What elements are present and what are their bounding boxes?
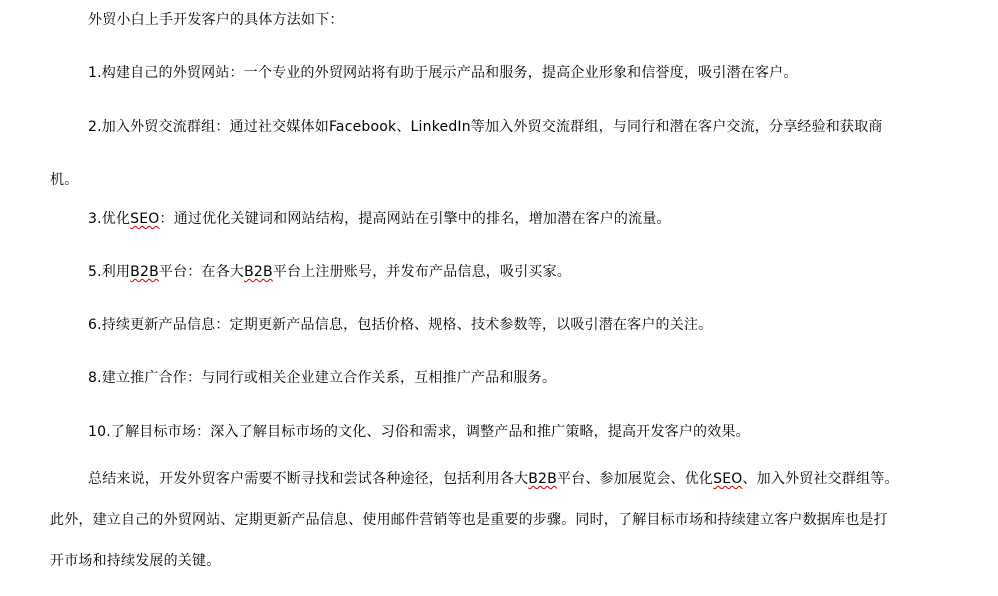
summary-paragraph: 总结来说，开发外贸客户需要不断寻找和尝试各种途径，包括利用各大B2B平台、参加展… (50, 459, 900, 582)
spellcheck-flagged-word[interactable]: B2B (244, 264, 273, 280)
list-item: 3.优化SEO：通过优化关键词和网站结构，提高网站在引擎中的排名，增加潜在客户的… (50, 193, 900, 246)
list-item: 2.加入外贸交流群组：通过社交媒体如Facebook、LinkedIn等加入外贸… (50, 101, 900, 207)
list-item: 10.了解目标市场：深入了解目标市场的文化、习俗和需求，调整产品和推广策略，提高… (50, 406, 900, 459)
spellcheck-flagged-word[interactable]: SEO (130, 211, 159, 227)
list-item: 1.构建自己的外贸网站：一个专业的外贸网站将有助于展示产品和服务，提高企业形象和… (50, 47, 900, 100)
list-item: 5.利用B2B平台：在各大B2B平台上注册账号，并发布产品信息，吸引买家。 (50, 246, 900, 299)
spellcheck-flagged-word[interactable]: SEO (713, 471, 742, 487)
item-text: ：通过优化关键词和网站结构，提高网站在引擎中的排名，增加潜在客户的流量。 (160, 211, 671, 227)
intro-paragraph: 外贸小白上手开发客户的具体方法如下： (50, 0, 900, 47)
spellcheck-flagged-word[interactable]: B2B (528, 471, 557, 487)
summary-text: 总结来说，开发外贸客户需要不断寻找和尝试各种途径，包括利用各大 (88, 471, 528, 487)
list-item: 8.建立推广合作：与同行或相关企业建立合作关系，互相推广产品和服务。 (50, 352, 900, 405)
list-item: 6.持续更新产品信息：定期更新产品信息，包括价格、规格、技术参数等，以吸引潜在客… (50, 299, 900, 352)
summary-text: 平台、参加展览会、优化 (557, 471, 713, 487)
item-prefix: 5.利用 (88, 264, 130, 280)
item-prefix: 3.优化 (88, 211, 130, 227)
spellcheck-flagged-word[interactable]: B2B (130, 264, 159, 280)
item-text: 平台上注册账号，并发布产品信息，吸引买家。 (273, 264, 571, 280)
item-text: 平台：在各大 (159, 264, 244, 280)
